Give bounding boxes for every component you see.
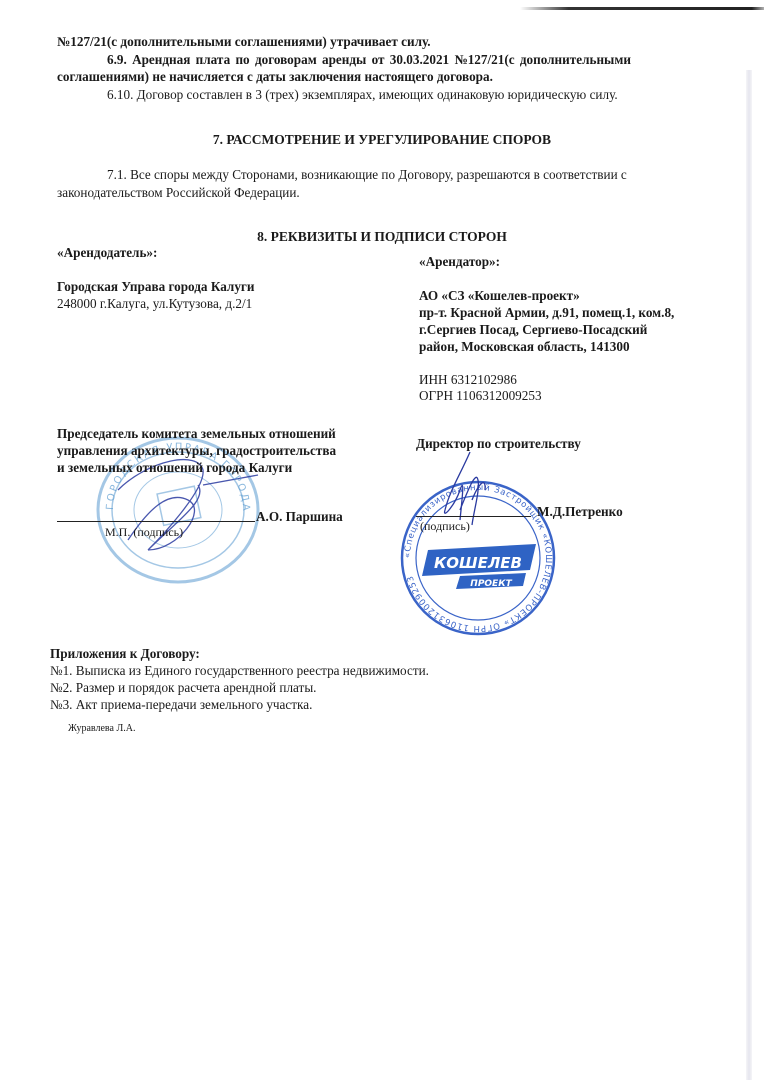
appendices-heading: Приложения к Договору: — [50, 645, 200, 662]
svg-text:КОШЕЛЕВ: КОШЕЛЕВ — [434, 554, 522, 572]
section7-heading: 7. РАССМОТРЕНИЕ И УРЕГУЛИРОВАНИЕ СПОРОВ — [0, 131, 764, 148]
clause-6-10: 6.10. Договор составлен в 3 (трех) экзем… — [107, 86, 618, 103]
tenant-inn: ИНН 6312102986 — [419, 371, 517, 388]
section6-line1: №127/21(с дополнительными соглашениями) … — [57, 33, 431, 50]
landlord-signatory: А.О. Паршина — [256, 508, 343, 525]
landlord-name: Городская Управа города Калуги — [57, 278, 255, 295]
landlord-signature-line — [57, 521, 255, 522]
landlord-position-1: Председатель комитета земельных отношени… — [57, 425, 336, 442]
clause-6-9: 6.9. Арендная плата по договорам аренды … — [107, 51, 631, 68]
appendix-item-3: №3. Акт приема-передачи земельного участ… — [50, 696, 312, 713]
clause-7-1: 7.1. Все споры между Сторонами, возникаю… — [107, 166, 627, 183]
section8-heading: 8. РЕКВИЗИТЫ И ПОДПИСИ СТОРОН — [0, 228, 764, 245]
tenant-name: АО «СЗ «Кошелев-проект» — [419, 287, 580, 304]
landlord-role: «Арендодатель»: — [57, 244, 157, 261]
scan-artifact-line — [520, 7, 764, 10]
tenant-address-3: район, Московская область, 141300 — [419, 338, 630, 355]
landlord-address: 248000 г.Калуга, ул.Кутузова, д.2/1 — [57, 295, 252, 312]
tenant-ogrn: ОГРН 1106312009253 — [419, 387, 542, 404]
tenant-signature-line — [416, 516, 531, 517]
clause-6-9-cont: соглашениями) не начисляется с даты закл… — [57, 68, 493, 85]
appendix-item-1: №1. Выписка из Единого государственного … — [50, 662, 429, 679]
scan-edge-shadow — [746, 70, 752, 1080]
tenant-signatory: М.Д.Петренко — [537, 503, 623, 520]
tenant-address-1: пр-т. Красной Армии, д.91, помещ.1, ком.… — [419, 304, 674, 321]
landlord-position-2: управления архитектуры, градостроительст… — [57, 442, 336, 459]
landlord-position-3: и земельных отношений города Калуги — [57, 459, 292, 476]
tenant-address-2: г.Сергиев Посад, Сергиево-Посадский — [419, 321, 647, 338]
tenant-sign-caption: (подпись) — [420, 518, 470, 535]
appendix-item-2: №2. Размер и порядок расчета арендной пл… — [50, 679, 316, 696]
tenant-role: «Арендатор»: — [419, 253, 500, 270]
executor-name: Журавлева Л.А. — [68, 723, 135, 734]
tenant-position: Директор по строительству — [416, 435, 581, 452]
landlord-sign-caption: М.П. (подпись) — [105, 524, 183, 541]
svg-text:ПРОЕКТ: ПРОЕКТ — [470, 579, 512, 589]
clause-7-1-cont: законодательством Российской Федерации. — [57, 184, 300, 201]
